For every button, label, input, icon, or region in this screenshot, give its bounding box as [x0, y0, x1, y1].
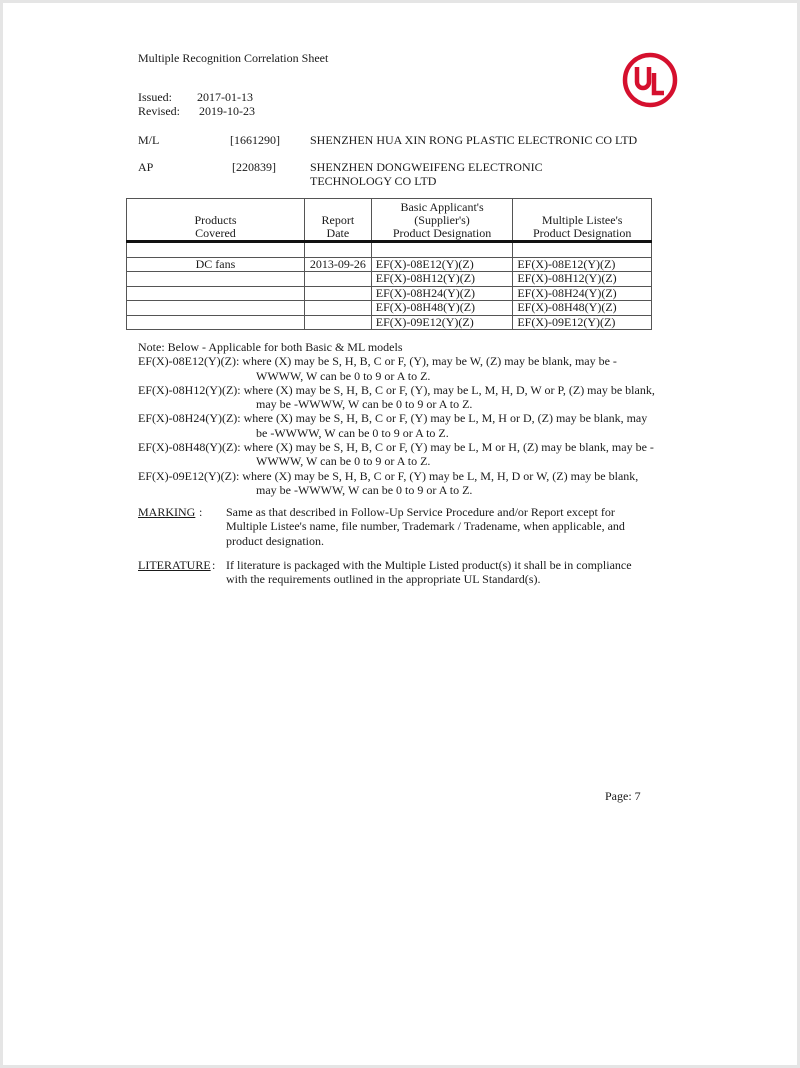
ap-role: AP: [138, 160, 153, 174]
ml-role: M/L: [138, 133, 159, 147]
table-header-row: ProductsCovered ReportDate Basic Applica…: [127, 199, 652, 242]
cell-report-date: [304, 272, 371, 287]
ul-logo-icon: [622, 52, 678, 108]
cell-product: [127, 272, 305, 287]
cell-report-date: [304, 286, 371, 301]
cell-listee-designation: [513, 242, 652, 258]
notes-block: Note: Below - Applicable for both Basic …: [138, 340, 658, 497]
table-row: DC fans2013-09-26EF(X)-08E12(Y)(Z)EF(X)-…: [127, 257, 652, 272]
issued-date: 2017-01-13: [197, 90, 253, 104]
cell-product: [127, 286, 305, 301]
document-page: Multiple Recognition Correlation Sheet I…: [3, 3, 797, 1065]
issued-label: Issued:: [138, 90, 172, 104]
header-listee-designation: Multiple Listee'sProduct Designation: [513, 199, 652, 242]
header-report-date: ReportDate: [304, 199, 371, 242]
cell-basic-designation: EF(X)-08H48(Y)(Z): [371, 301, 513, 316]
page-number: Page: 7: [605, 789, 641, 803]
correlation-table: ProductsCovered ReportDate Basic Applica…: [126, 198, 652, 330]
document-title: Multiple Recognition Correlation Sheet: [138, 51, 328, 65]
note-item: EF(X)-08E12(Y)(Z): where (X) may be S, H…: [138, 354, 658, 383]
marking-text: Same as that described in Follow-Up Serv…: [226, 505, 646, 548]
ml-file-number: [1661290]: [230, 133, 280, 147]
table-row: EF(X)-09E12(Y)(Z)EF(X)-09E12(Y)(Z): [127, 315, 652, 330]
ap-file-number: [220839]: [232, 160, 276, 174]
header-basic-designation: Basic Applicant's(Supplier's)Product Des…: [371, 199, 513, 242]
cell-listee-designation: EF(X)-08H12(Y)(Z): [513, 272, 652, 287]
cell-listee-designation: EF(X)-09E12(Y)(Z): [513, 315, 652, 330]
cell-product: DC fans: [127, 257, 305, 272]
literature-text: If literature is packaged with the Multi…: [226, 558, 646, 587]
literature-section: LITERATURE: If literature is packaged wi…: [138, 558, 638, 587]
table-row: EF(X)-08H48(Y)(Z)EF(X)-08H48(Y)(Z): [127, 301, 652, 316]
ap-company-name-line1: SHENZHEN DONGWEIFENG ELECTRONIC: [310, 160, 543, 174]
cell-product: [127, 315, 305, 330]
header-products-covered: ProductsCovered: [127, 199, 305, 242]
marking-label: MARKING: [138, 505, 195, 519]
cell-report-date: [304, 301, 371, 316]
cell-basic-designation: [371, 242, 513, 258]
cell-basic-designation: EF(X)-08E12(Y)(Z): [371, 257, 513, 272]
revised-label: Revised:: [138, 104, 180, 118]
cell-product: [127, 301, 305, 316]
note-item: EF(X)-08H12(Y)(Z): where (X) may be S, H…: [138, 383, 658, 412]
cell-listee-designation: EF(X)-08H48(Y)(Z): [513, 301, 652, 316]
cell-listee-designation: EF(X)-08H24(Y)(Z): [513, 286, 652, 301]
table-row: EF(X)-08H24(Y)(Z)EF(X)-08H24(Y)(Z): [127, 286, 652, 301]
note-item: EF(X)-08H48(Y)(Z): where (X) may be S, H…: [138, 440, 658, 469]
literature-label: LITERATURE: [138, 558, 211, 572]
table-spacer-row: [127, 242, 652, 258]
cell-report-date: [304, 315, 371, 330]
cell-basic-designation: EF(X)-08H24(Y)(Z): [371, 286, 513, 301]
cell-basic-designation: EF(X)-09E12(Y)(Z): [371, 315, 513, 330]
ap-company-name-line2: TECHNOLOGY CO LTD: [310, 174, 436, 188]
cell-report-date: 2013-09-26: [304, 257, 371, 272]
note-item: EF(X)-08H24(Y)(Z): where (X) may be S, H…: [138, 411, 658, 440]
cell-basic-designation: EF(X)-08H12(Y)(Z): [371, 272, 513, 287]
marking-section: MARKING: Same as that described in Follo…: [138, 505, 638, 548]
revised-date: 2019-10-23: [199, 104, 255, 118]
cell-listee-designation: EF(X)-08E12(Y)(Z): [513, 257, 652, 272]
table-row: EF(X)-08H12(Y)(Z)EF(X)-08H12(Y)(Z): [127, 272, 652, 287]
ml-company-name: SHENZHEN HUA XIN RONG PLASTIC ELECTRONIC…: [310, 133, 637, 147]
notes-intro: Note: Below - Applicable for both Basic …: [138, 340, 658, 354]
cell-product: [127, 242, 305, 258]
note-item: EF(X)-09E12(Y)(Z): where (X) may be S, H…: [138, 469, 658, 498]
cell-report-date: [304, 242, 371, 258]
